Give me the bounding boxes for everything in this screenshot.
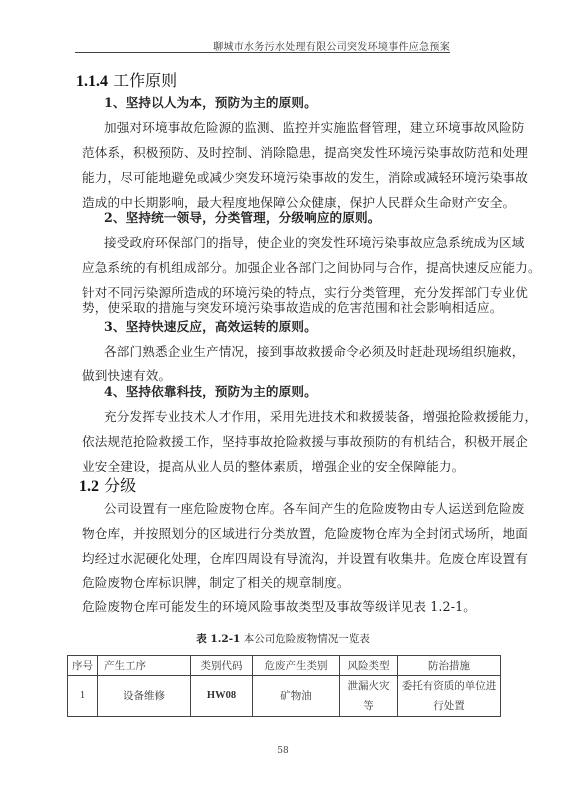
column-header: 类别代码 (191, 656, 253, 676)
cell-risk-line: 等 (340, 696, 397, 716)
principle-heading: 2、坚持统一领导，分类管理，分级响应的原则。 (104, 209, 381, 227)
cell-risk-line: 泄漏火灾 (340, 676, 397, 696)
hazardous-waste-table: 序号 产生工序 类别代码 危废产生类别 风险类型 防治措施 1 设备维修 HW0… (67, 655, 501, 717)
paragraph-line: 应急系统的有机组成部分。加强企业各部门之间协同与合作，提高快速反应能力。 (82, 259, 541, 277)
column-header: 风险类型 (340, 656, 398, 676)
cell-process: 设备维修 (98, 676, 191, 717)
column-header: 危废产生类别 (253, 656, 340, 676)
paragraph-line: 物仓库，并按照划分的区域进行分类放置，危险废物仓库为全封闭式场所，地面 (82, 525, 528, 543)
principle-heading: 1、坚持以人为本，预防为主的原则。 (104, 94, 317, 112)
paragraph-line: 接受政府环保部门的指导，使企业的突发性环境污染事故应急系统成为区域 (104, 234, 525, 252)
cell-measure: 委托有资质的单位进 行处置 (398, 676, 501, 717)
section-title: 工作原则 (113, 71, 177, 90)
section-title: 分级 (104, 476, 136, 495)
section-number: 1.1.4 (76, 73, 108, 90)
cell-category: 矿物油 (253, 676, 340, 717)
paragraph-line: 势，使采取的措施与突发环境污染事故造成的危害范围和社会影响相适应。 (82, 299, 503, 317)
table-row: 1 设备维修 HW08 矿物油 泄漏火灾 等 委托有资质的单位进 行处置 (68, 676, 501, 717)
table-caption: 表 1.2-1 本公司危险废物情况一览表 (0, 631, 566, 646)
paragraph-line: 加强对环境事故危险源的监测、监控并实施监督管理，建立环境事故风险防 (104, 119, 525, 137)
cell-measure-line: 行处置 (398, 696, 500, 716)
column-header: 序号 (68, 656, 98, 676)
cell-measure-line: 委托有资质的单位进 (398, 676, 500, 696)
section-heading-1-1-4: 1.1.4 工作原则 (76, 68, 177, 91)
paragraph-line: 充分发挥专业技术人才作用，采用先进技术和救援装备，增强抢险救援能力， (104, 408, 537, 426)
principle-heading: 4、坚持依靠科技，预防为主的原则。 (104, 383, 317, 401)
paragraph-line: 能力，尽可能地避免或减少突发环境污染事故的发生，消除或减轻环境污染事故 (82, 169, 528, 187)
running-header: 聊城市水务污水处理有限公司突发环境事件应急预案 (75, 38, 450, 53)
table-caption-title: 本公司危险废物情况一览表 (244, 633, 370, 645)
column-header: 产生工序 (98, 656, 191, 676)
table-header-row: 序号 产生工序 类别代码 危废产生类别 风险类型 防治措施 (68, 656, 501, 676)
principle-heading: 3、坚持快速反应，高效运转的原则。 (104, 318, 317, 336)
section-number: 1.2 (79, 478, 99, 495)
paragraph-line: 业安全建设，提高从业人员的整体素质，增强企业的安全保障能力。 (82, 458, 464, 476)
paragraph-line: 危险废物仓库标识牌，制定了相关的规章制度。 (82, 574, 350, 592)
cell-code: HW08 (191, 676, 253, 717)
paragraph-line: 依法规范抢险救援工作，坚持事故抢险救援与事故预防的有机结合，积极开展企 (82, 433, 528, 451)
document-page: 聊城市水务污水处理有限公司突发环境事件应急预案 1.1.4 工作原则 1、坚持以… (0, 0, 566, 800)
section-heading-1-2: 1.2 分级 (79, 473, 136, 496)
cell-risk: 泄漏火灾 等 (340, 676, 398, 717)
header-rule (75, 52, 450, 53)
paragraph-line: 均经过水泥硬化处理，仓库四周设有导流沟，并设置有收集井。危废仓库设置有 (82, 550, 528, 568)
table-number: 表 1.2-1 (196, 633, 240, 645)
paragraph-line: 范体系，积极预防、及时控制、消除隐患，提高突发性环境污染事故防范和处理 (82, 144, 528, 162)
page-number: 58 (0, 746, 566, 756)
column-header: 防治措施 (398, 656, 501, 676)
paragraph-line: 公司设置有一座危险废物仓库。各车间产生的危险废物由专人运送到危险废 (104, 500, 525, 518)
table-reference-line: 危险废物仓库可能发生的环境风险事故类型及事故等级详见表 1.2-1。 (82, 598, 476, 616)
table-caption-prefix: 表 1.2-1 (196, 633, 243, 645)
paragraph-line: 各部门熟悉企业生产情况，接到事故救援命令必须及时赶赴现场组织施救， (104, 343, 525, 361)
cell-no: 1 (68, 676, 98, 717)
